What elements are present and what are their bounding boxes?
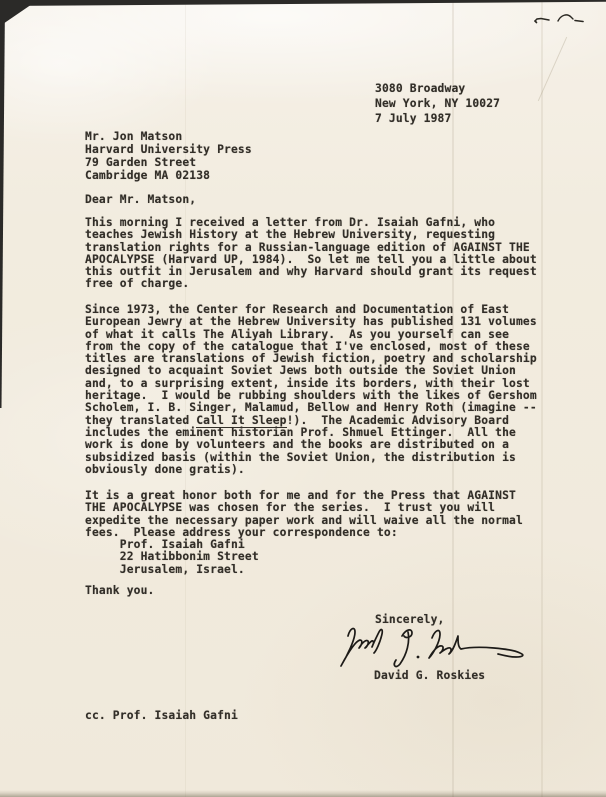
scan-edge-top (0, 0, 606, 6)
recipient-address-block: Mr. Jon Matson Harvard University Press … (85, 130, 252, 182)
scanned-letter-page: 3080 Broadway New York, NY 10027 7 July … (0, 0, 606, 797)
cc-line: cc. Prof. Isaiah Gafni (85, 710, 238, 722)
pen-marks-icon (528, 11, 590, 29)
sender-address-block: 3080 Broadway New York, NY 10027 7 July … (375, 81, 500, 126)
thank-you-line: Thank you. (85, 585, 155, 597)
scan-edge-left (0, 0, 7, 408)
scan-edge-bottom (0, 790, 606, 797)
paragraph-2-text-before: Since 1973, the Center for Research and … (85, 303, 537, 427)
body-paragraph-2: Since 1973, the Center for Research and … (85, 304, 537, 476)
salutation-line: Dear Mr. Matson, (85, 194, 196, 206)
body-paragraph-1: This morning I received a letter from Dr… (85, 217, 537, 291)
typed-signature-name: David G. Roskies (374, 670, 485, 682)
body-paragraph-3: It is a great honor both for me and for … (85, 490, 523, 576)
scan-corner-fold (0, 0, 38, 26)
